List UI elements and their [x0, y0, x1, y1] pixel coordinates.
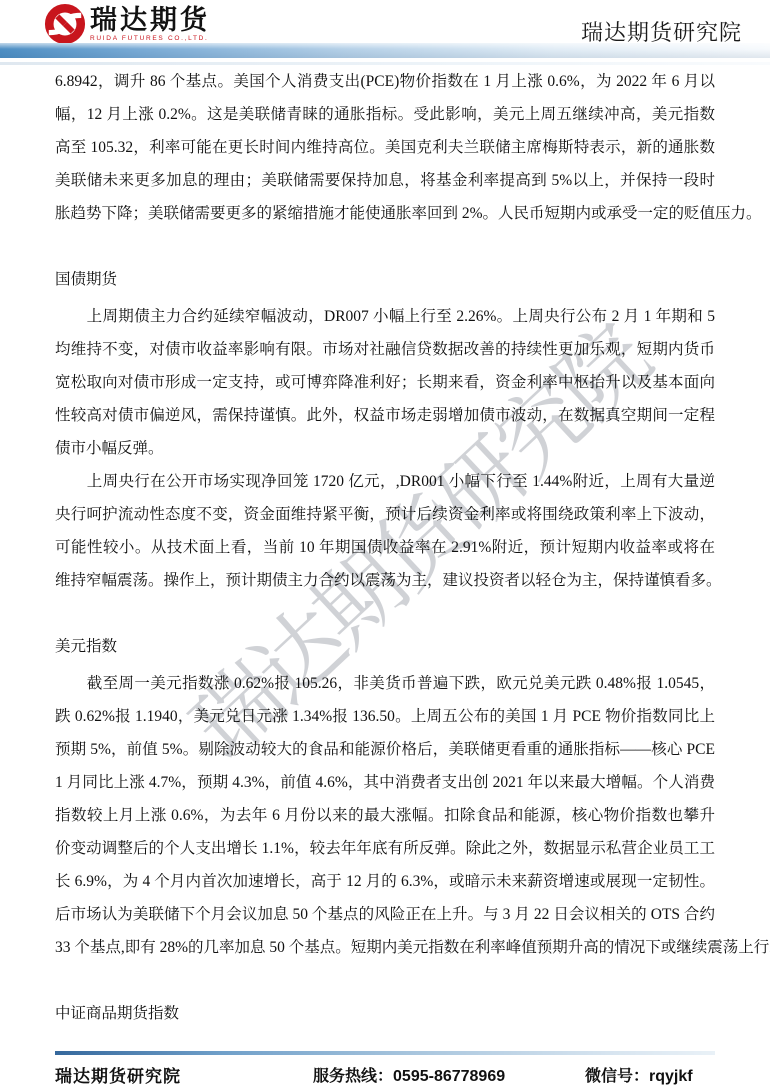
- footer: 瑞达期货研究院 服务热线：0595-86778969 微信号：rqyjkf: [0, 1060, 770, 1090]
- company-logo: 瑞达期货 RUIDA FUTURES CO.,LTD.: [44, 3, 210, 45]
- logo-company-name-en: RUIDA FUTURES CO.,LTD.: [90, 35, 210, 43]
- text-line: 宽松取向对债市形成一定支持，或可博弈降准利好；长期来看，资金利率中枢抬升以及基本…: [55, 366, 715, 399]
- footer-hotline-number: 0595-86778969: [393, 1068, 505, 1085]
- text-line: 长 6.9%，为 4 个月内首次加速增长，高于 12 月的 6.3%，或暗示未来…: [55, 865, 715, 898]
- text-line: 跌 0.62%报 1.1940，美元兑日元涨 1.34%报 136.50。上周五…: [55, 700, 715, 733]
- text-line: 均维持不变，对债市收益率影响有限。市场对社融信贷数据改善的持续性更加乐观，短期内…: [55, 333, 715, 366]
- text-line: 指数较上月上涨 0.6%，为去年 6 月份以来的最大涨幅。扣除食品和能源，核心物…: [55, 799, 715, 832]
- text-line: 上周央行在公开市场实现净回笼 1720 亿元，,DR001 小幅下行至 1.44…: [55, 465, 715, 498]
- header-divider-bar: [0, 43, 770, 58]
- footer-wechat-label: 微信号：: [585, 1068, 649, 1085]
- text-line: 截至周一美元指数涨 0.62%报 105.26，非美货币普遍下跌，欧元兑美元跌 …: [55, 667, 715, 700]
- section-heading: 中证商品期货指数: [55, 997, 715, 1030]
- text-line: 高至 105.32，利率可能在更长时间内维持高位。美国克利夫兰联储主席梅斯特表示…: [55, 131, 715, 164]
- text-line: 幅，12 月上涨 0.2%。这是美联储青睐的通胀指标。受此影响，美元上周五继续冲…: [55, 98, 715, 131]
- text-line: 维持窄幅震荡。操作上，预计期债主力合约以震荡为主，建议投资者以轻仓为主，保持谨慎…: [55, 564, 715, 597]
- text-line: 胀趋势下降；美联储需要更多的紧缩措施才能使通胀率回到 2%。人民币短期内或承受一…: [55, 197, 715, 230]
- footer-wechat-id: rqyjkf: [649, 1068, 693, 1085]
- ruida-logo-icon: [44, 3, 86, 45]
- text-line: 美联储未来更多加息的理由；美联储需要保持加息，将基金利率提高到 5%以上，并保持…: [55, 164, 715, 197]
- text-line: 预期 5%，前值 5%。剔除波动较大的食品和能源价格后，美联储更看重的通胀指标—…: [55, 733, 715, 766]
- text-line: 6.8942，调升 86 个基点。美国个人消费支出(PCE)物价指数在 1 月上…: [55, 65, 715, 98]
- text-line: 性较高对债市偏逆风，需保持谨慎。此外，权益市场走弱增加债市波动，在数据真空期间一…: [55, 399, 715, 432]
- text-line: 可能性较小。从技术面上看，当前 10 年期国债收益率在 2.91%附近，预计短期…: [55, 531, 715, 564]
- paragraph: 截至周一美元指数涨 0.62%报 105.26，非美货币普遍下跌，欧元兑美元跌 …: [55, 667, 715, 964]
- footer-org-name: 瑞达期货研究院: [55, 1062, 181, 1087]
- report-page: 瑞达期货 RUIDA FUTURES CO.,LTD. 瑞达期货研究院 瑞达期货…: [0, 0, 770, 1090]
- footer-hotline: 服务热线：0595-86778969: [313, 1063, 505, 1086]
- section-heading: 国债期货: [55, 263, 715, 296]
- paragraph: 上周央行在公开市场实现净回笼 1720 亿元，,DR001 小幅下行至 1.44…: [55, 465, 715, 597]
- section-heading: 美元指数: [55, 630, 715, 663]
- footer-divider-bar: [55, 1051, 715, 1055]
- footer-wechat: 微信号：rqyjkf: [585, 1063, 693, 1086]
- paragraph: 上周期债主力合约延续窄幅波动，DR007 小幅上行至 2.26%。上周央行公布 …: [55, 300, 715, 465]
- paragraph: 6.8942，调升 86 个基点。美国个人消费支出(PCE)物价指数在 1 月上…: [55, 65, 715, 230]
- logo-company-name: 瑞达期货: [90, 6, 210, 35]
- text-line: 价变动调整后的个人支出增长 1.1%，较去年年底有所反弹。除此之外，数据显示私营…: [55, 832, 715, 865]
- text-line: 上周期债主力合约延续窄幅波动，DR007 小幅上行至 2.26%。上周央行公布 …: [55, 300, 715, 333]
- text-line: 央行呵护流动性态度不变，资金面维持紧平衡，预计后续资金利率或将围绕政策利率上下波…: [55, 498, 715, 531]
- logo-text-block: 瑞达期货 RUIDA FUTURES CO.,LTD.: [90, 6, 210, 43]
- text-line: 债市小幅反弹。: [55, 432, 715, 465]
- text-line: 33 个基点,即有 28%的几率加息 50 个基点。短期内美元指数在利率峰值预期…: [55, 931, 715, 964]
- text-line: 后市场认为美联储下个月会议加息 50 个基点的风险正在上升。与 3 月 22 日…: [55, 898, 715, 931]
- header: 瑞达期货 RUIDA FUTURES CO.,LTD. 瑞达期货研究院: [0, 0, 770, 42]
- text-line: 1 月同比上涨 4.7%，预期 4.3%，前值 4.6%，其中消费者支出创 20…: [55, 766, 715, 799]
- footer-hotline-label: 服务热线：: [313, 1068, 393, 1085]
- document-body: 6.8942，调升 86 个基点。美国个人消费支出(PCE)物价指数在 1 月上…: [55, 65, 715, 1034]
